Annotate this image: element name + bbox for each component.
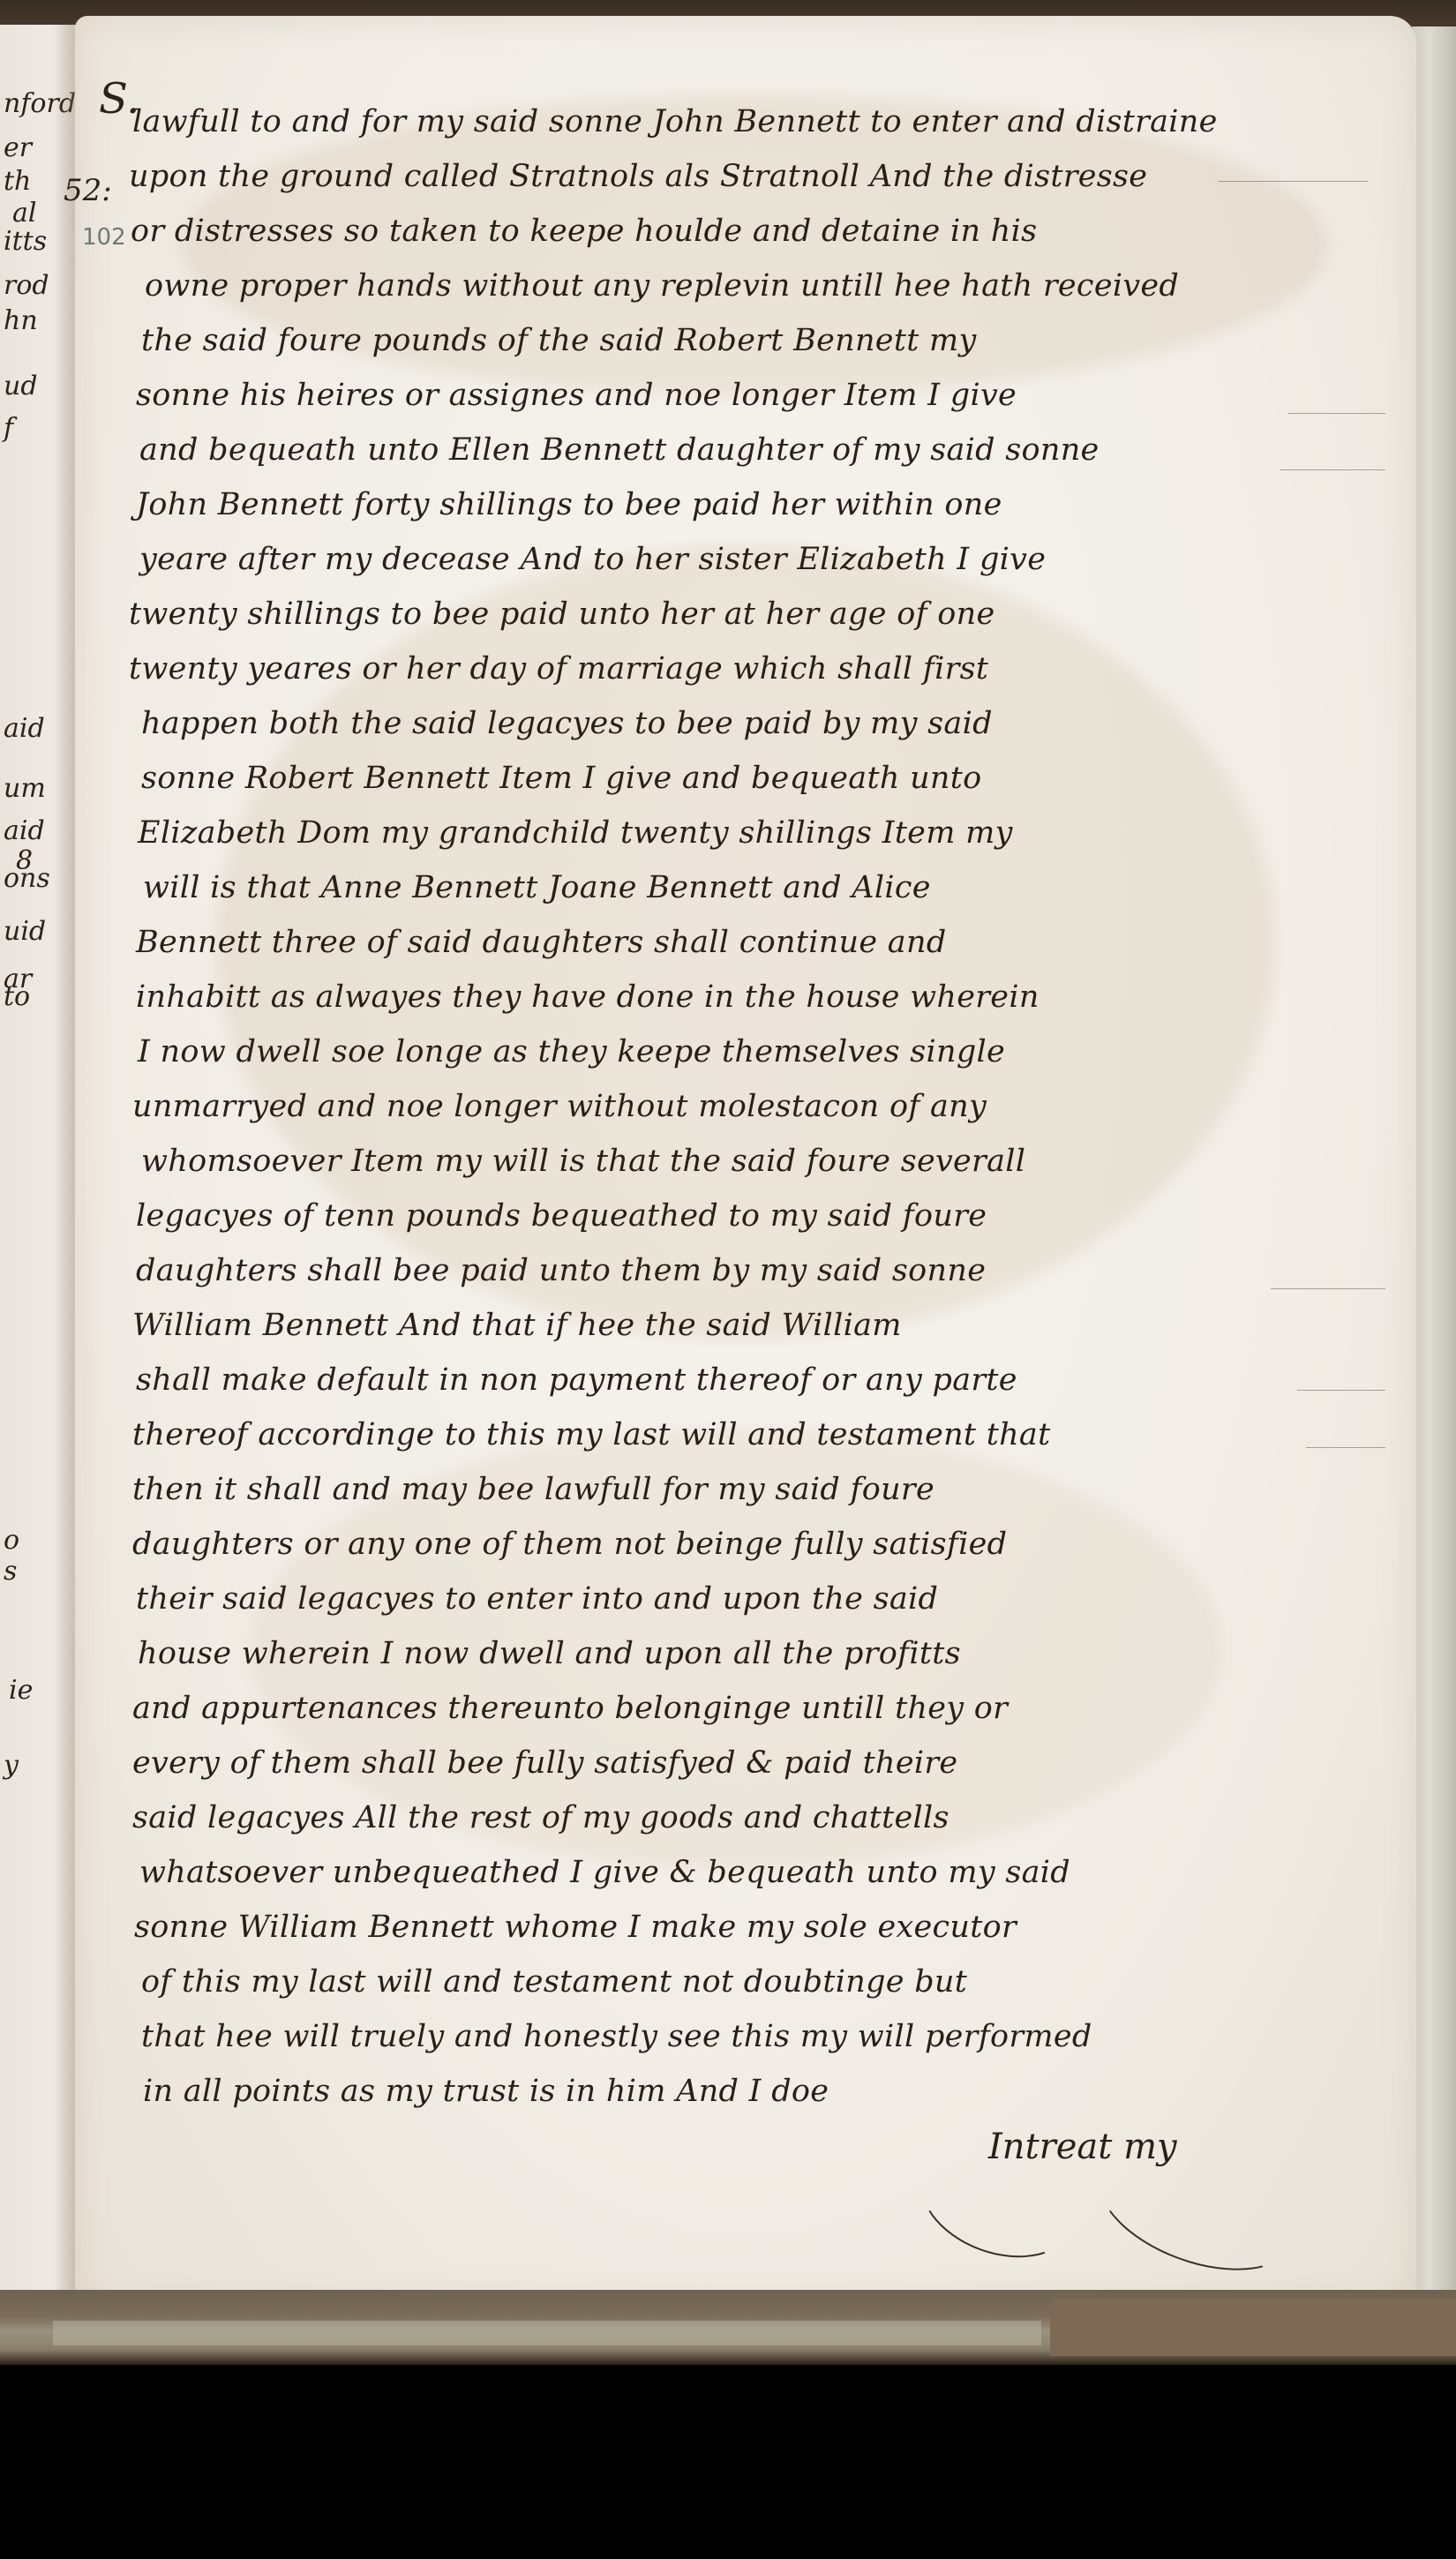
margin-mark-52: 52:: [64, 173, 112, 208]
ruling-line: [1297, 1390, 1385, 1391]
facing-text-fragment: ie: [9, 1675, 33, 1706]
facing-text-fragment: um: [4, 773, 46, 804]
text-line: will is that Anne Bennett Joane Bennett …: [143, 870, 931, 923]
text-line: Bennett three of said daughters shall co…: [136, 925, 947, 978]
facing-text-fragment: aid: [4, 815, 45, 846]
facing-text-fragment: hn: [4, 305, 38, 336]
text-line: in all points as my trust is in him And …: [143, 2074, 829, 2127]
text-line: then it shall and may bee lawfull for my…: [132, 1472, 934, 1525]
text-line: daughters or any one of them not beinge …: [132, 1527, 1007, 1580]
ruling-line: [1218, 181, 1368, 182]
text-line: William Bennett And that if hee the said…: [132, 1308, 902, 1361]
text-line: I now dwell soe longe as they keepe them…: [138, 1034, 1005, 1087]
text-line: and bequeath unto Ellen Bennett daughter…: [139, 432, 1100, 485]
text-line: said legacyes All the rest of my goods a…: [132, 1800, 949, 1853]
text-line: shall make default in non payment thereo…: [136, 1362, 1017, 1415]
facing-text-fragment: rod: [4, 270, 49, 301]
text-line: whatsoever unbequeathed I give & bequeat…: [139, 1855, 1070, 1908]
ruling-line: [1280, 469, 1385, 470]
text-line: every of them shall bee fully satisfyed …: [132, 1745, 957, 1798]
text-line: daughters shall bee paid unto them by my…: [136, 1253, 986, 1306]
facing-text-fragment: o: [4, 1525, 19, 1556]
text-line: twenty shillings to bee paid unto her at…: [129, 597, 994, 649]
text-line: or distresses so taken to keepe houlde a…: [131, 214, 1037, 266]
text-line: twenty yeares or her day of marriage whi…: [129, 651, 988, 704]
text-line: yeare after my decease And to her sister…: [139, 542, 1046, 595]
binding-right-block: [1050, 2299, 1456, 2356]
facing-text-fragment: ons: [4, 863, 50, 894]
facing-text-fragment: ud: [4, 371, 38, 401]
text-line: whomsoever Item my will is that the said…: [141, 1144, 1025, 1197]
text-line: upon the ground called Stratnols als Str…: [129, 159, 1147, 212]
text-line: sonne William Bennett whome I make my so…: [134, 1910, 1017, 1962]
text-line: house wherein I now dwell and upon all t…: [138, 1636, 961, 1689]
facing-text-fragment: aid: [4, 713, 45, 744]
facing-text-fragment: al: [12, 198, 36, 229]
facing-text-fragment: itts: [4, 226, 47, 257]
facing-text-fragment: f: [4, 413, 13, 444]
text-line: their said legacyes to enter into and up…: [136, 1581, 938, 1634]
ruling-line: [1271, 1288, 1385, 1289]
text-line: that hee will truely and honestly see th…: [141, 2019, 1092, 2072]
text-line: inhabitt as alwayes they have done in th…: [136, 979, 1039, 1032]
facing-text-fragment: er: [4, 132, 32, 163]
right-backing-board: [1412, 26, 1456, 2338]
facing-text-fragment: y: [4, 1750, 19, 1781]
manuscript-photo: nford er th al itts rod hn ud f aid um a…: [0, 0, 1456, 2559]
text-line: of this my last will and testament not d…: [141, 1964, 967, 2017]
text-line: Elizabeth Dom my grandchild twenty shill…: [138, 815, 1013, 868]
text-line: legacyes of tenn pounds bequeathed to my…: [136, 1198, 987, 1251]
folio-number: 102: [82, 224, 126, 251]
facing-text-fragment: s: [4, 1556, 17, 1587]
text-line: unmarryed and noe longer without molesta…: [132, 1089, 987, 1142]
text-line: lawfull to and for my said sonne John Be…: [132, 104, 1218, 157]
binding-strip: [53, 2321, 1041, 2345]
facing-text-fragment: to: [4, 981, 30, 1012]
text-line: sonne Robert Bennett Item I give and beq…: [141, 761, 982, 814]
text-line: the said foure pounds of the said Robert…: [141, 323, 977, 376]
text-line: thereof accordinge to this my last will …: [132, 1417, 1050, 1470]
text-line: owne proper hands without any replevin u…: [145, 268, 1179, 321]
ruling-line: [1288, 413, 1385, 414]
text-line: sonne his heires or assignes and noe lon…: [136, 378, 1017, 431]
text-line: happen both the said legacyes to bee pai…: [141, 706, 993, 759]
facing-text-fragment: th: [4, 166, 31, 197]
ruling-line: [1306, 1447, 1385, 1448]
text-line: and appurtenances thereunto belonginge u…: [132, 1691, 1008, 1744]
facing-text-fragment: uid: [4, 916, 46, 947]
text-line: John Bennett forty shillings to bee paid…: [136, 487, 1002, 540]
